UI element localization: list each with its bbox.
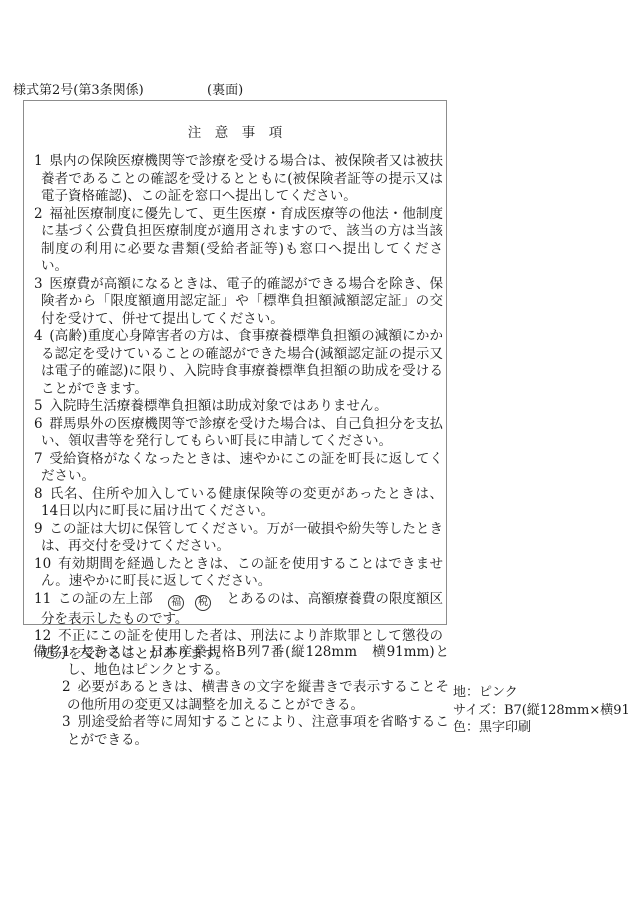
notice-item: 3 医療費が高額になるときは、電子的確認ができる場合を除き、保険者から「限度額適… bbox=[34, 276, 443, 329]
notice-item: 9 この証は大切に保管してください。万が一破損や紛失等したときは、再交付を受けて… bbox=[34, 521, 443, 556]
notice-item: 11 この証の左上部 福 税 とあるのは、高額療養費の限度額区分を表示したもので… bbox=[34, 591, 443, 629]
remarks-item: 3 別途受給者等に周知することにより、注意事項を省略することができる。 bbox=[62, 714, 449, 749]
notice-box: 注意事項 1 県内の保険医療機関等で診療を受ける場合は、被保険者又は被扶養者であ… bbox=[23, 100, 447, 625]
remarks-section: 備考 1 大きさは、日本産業規格B列7番(縦128mm 横91mm)とし、地色は… bbox=[33, 644, 449, 749]
circled-zei-badge: 税 bbox=[195, 595, 211, 611]
back-side-label: (裏面) bbox=[207, 84, 243, 98]
notice-title: 注意事項 bbox=[24, 121, 446, 141]
notice-item: 1 県内の保険医療機関等で診療を受ける場合は、被保険者又は被扶養者であることの確… bbox=[34, 153, 443, 206]
document-page: 様式第2号(第3条関係) (裏面) 注意事項 1 県内の保険医療機関等で診療を受… bbox=[0, 0, 630, 903]
spec-note-print-color: 色：黒字印刷 bbox=[453, 719, 630, 737]
spec-note-size: サイズ：B7(縦128mm×横91mm) bbox=[453, 702, 630, 720]
notice-item: 8 氏名、住所や加入している健康保険等の変更があったときは、14日以内に町長に届… bbox=[34, 486, 443, 521]
remarks-label: 備考 bbox=[33, 644, 60, 662]
remarks-item: 2 必要があるときは、横書きの文字を縦書きで表示することその他所用の変更又は調整… bbox=[62, 679, 449, 714]
spec-notes: 地：ピンク サイズ：B7(縦128mm×横91mm) 色：黒字印刷 bbox=[453, 684, 630, 737]
remarks-item: 1 大きさは、日本産業規格B列7番(縦128mm 横91mm)とし、地色はピンク… bbox=[62, 644, 449, 679]
notice-item: 2 福祉医療制度に優先して、更生医療・育成医療等の他法・他制度に基づく公費負担医… bbox=[34, 206, 443, 276]
remarks-list: 1 大きさは、日本産業規格B列7番(縦128mm 横91mm)とし、地色はピンク… bbox=[62, 644, 449, 749]
notice-item: 7 受給資格がなくなったときは、速やかにこの証を町長に返してください。 bbox=[34, 451, 443, 486]
notice-list: 1 県内の保険医療機関等で診療を受ける場合は、被保険者又は被扶養者であることの確… bbox=[24, 153, 446, 663]
notice-item: 10 有効期間を経過したときは、この証を使用することはできません。速やかに町長に… bbox=[34, 556, 443, 591]
notice-item: 4 (高齢)重度心身障害者の方は、食事療養標準負担額の減額にかかる認定を受けてい… bbox=[34, 328, 443, 398]
notice-item: 5 入院時生活療養標準負担額は助成対象ではありません。 bbox=[34, 398, 443, 416]
notice-item: 6 群馬県外の医療機関等で診療を受けた場合は、自己負担分を支払い、領収書等を発行… bbox=[34, 416, 443, 451]
spec-note-ground-color: 地：ピンク bbox=[453, 684, 630, 702]
form-number-label: 様式第2号(第3条関係) bbox=[13, 84, 144, 98]
circled-fuku-badge: 福 bbox=[168, 595, 184, 611]
